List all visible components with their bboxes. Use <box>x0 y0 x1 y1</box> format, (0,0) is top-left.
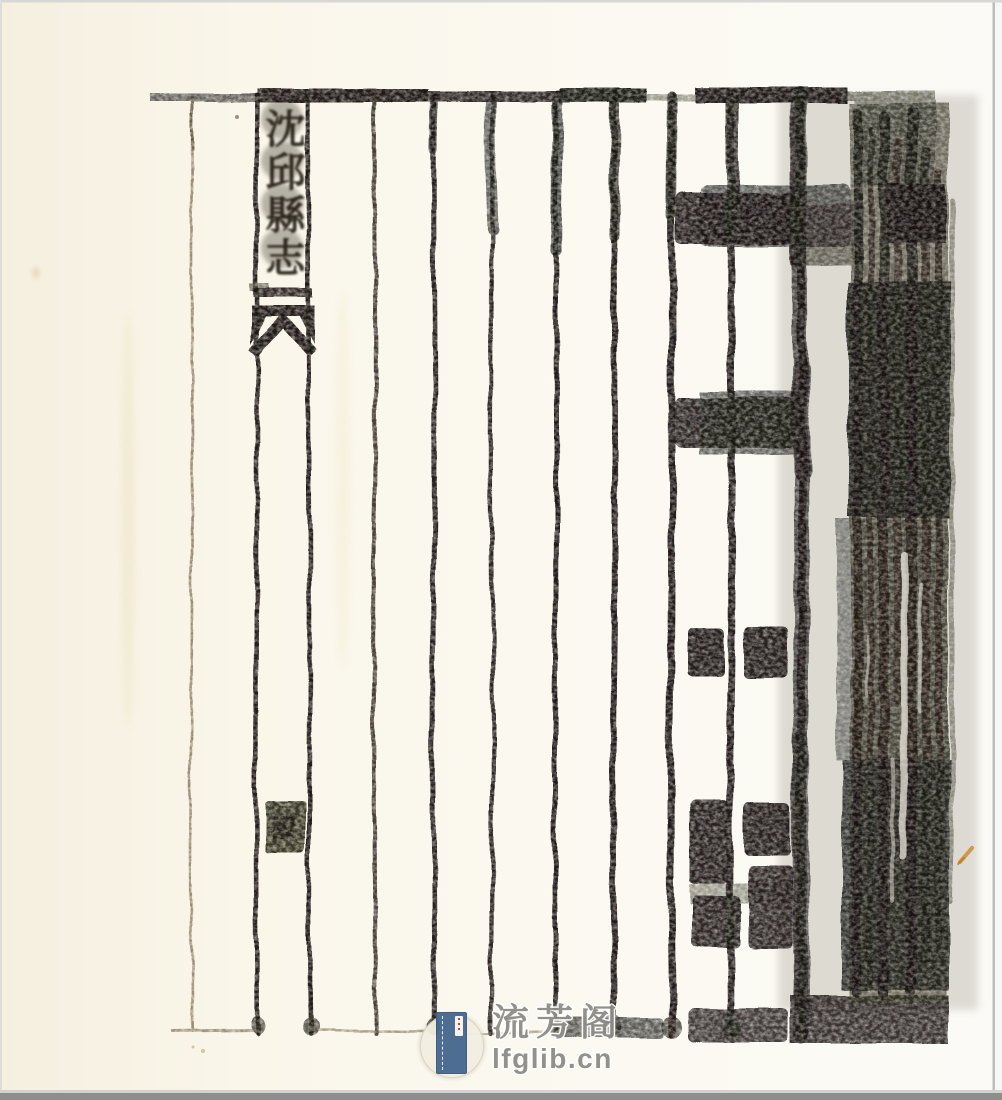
book-title-vertical: 沈邱縣志 <box>255 99 309 289</box>
watermark: 流芳阁 lfglib.cn <box>420 1004 624 1078</box>
page-number-smudge <box>265 801 305 853</box>
thread-bound-book-icon <box>436 1012 467 1074</box>
ink-smudge-band <box>836 100 952 1003</box>
watermark-domain: lfglib.cn <box>492 1043 624 1075</box>
book-title-label <box>455 1016 463 1036</box>
watermark-site-name: 流芳阁 <box>492 1004 624 1043</box>
page-artwork <box>0 0 1002 1100</box>
watermark-text: 流芳阁 lfglib.cn <box>492 1004 624 1075</box>
book-stitch-line <box>442 1016 443 1070</box>
book-logo-icon <box>420 1014 484 1078</box>
scanned-page: 沈邱縣志 流芳阁 lfglib.cn <box>0 0 1002 1100</box>
